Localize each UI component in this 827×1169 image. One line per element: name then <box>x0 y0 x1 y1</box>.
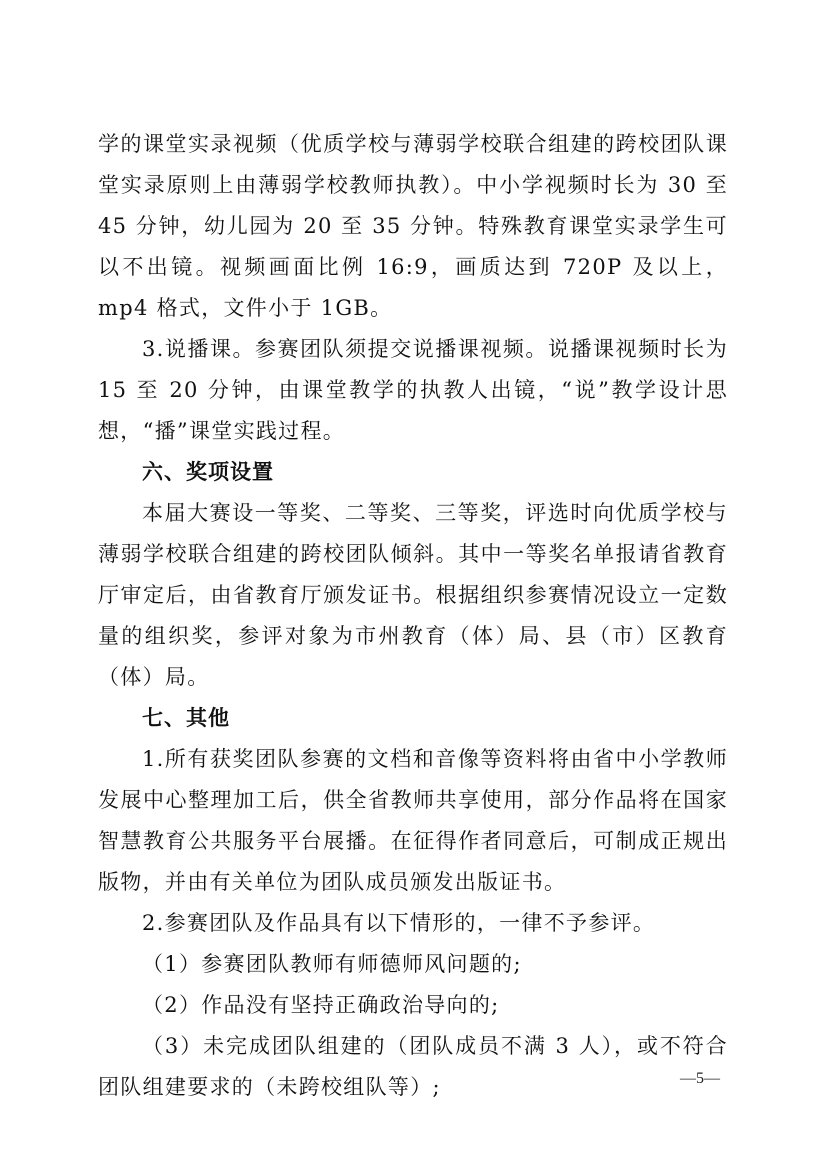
paragraph-disqualification-intro: 2.参赛团队及作品具有以下情形的，一律不予参评。 <box>98 903 728 944</box>
paragraph-shuobo-lesson: 3.说播课。参赛团队须提交说播课视频。说播课视频时长为 15 至 20 分钟，由… <box>98 329 728 452</box>
paragraph-video-requirements: 学的课堂实录视频（优质学校与薄弱学校联合组建的跨校团队课堂实录原则上由薄弱学校教… <box>98 124 728 329</box>
section-heading-other: 七、其他 <box>98 698 728 739</box>
list-item-ethics: （1）参赛团队教师有师德师风问题的; <box>98 944 728 985</box>
list-item-team-formation: （3）未完成团队组建的（团队成员不满 3 人），或不符合团队组建要求的（未跨校组… <box>98 1026 728 1108</box>
section-heading-awards: 六、奖项设置 <box>98 452 728 493</box>
paragraph-materials-sharing: 1.所有获奖团队参赛的文档和音像等资料将由省中小学教师发展中心整理加工后，供全省… <box>98 739 728 903</box>
document-page: 学的课堂实录视频（优质学校与薄弱学校联合组建的跨校团队课堂实录原则上由薄弱学校教… <box>98 124 728 1108</box>
paragraph-awards: 本届大赛设一等奖、二等奖、三等奖，评选时向优质学校与薄弱学校联合组建的跨校团队倾… <box>98 493 728 698</box>
page-number: —5— <box>680 1070 720 1088</box>
list-item-political-orientation: （2）作品没有坚持正确政治导向的; <box>98 985 728 1026</box>
